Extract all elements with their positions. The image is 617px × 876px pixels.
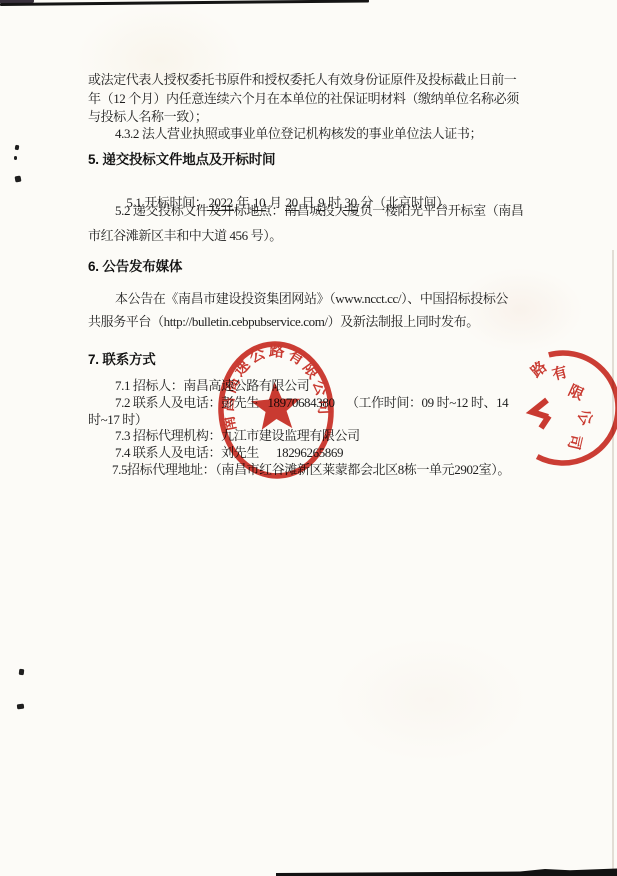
paragraph-line: 或法定代表人授权委托书原件和授权委托人有效身份证原件及投标截止日前一: [88, 72, 516, 87]
paragraph-line: 与投标人名称一致）；: [88, 109, 208, 124]
scanned-page: 或法定代表人授权委托书原件和授权委托人有效身份证原件及投标截止日前一 年（12 …: [0, 0, 617, 876]
svg-text:路: 路: [527, 357, 550, 380]
svg-text:公: 公: [574, 407, 597, 429]
star-icon: [250, 381, 302, 431]
section-5-heading: 5. 递交投标文件地点及开标时间: [88, 152, 275, 167]
svg-text:司: 司: [564, 433, 585, 452]
clause-4-3-2: 4.3.2 法人营业执照或事业单位登记机构核发的事业单位法人证书；: [115, 126, 482, 141]
submit-place-line: 5.2 递交投标文件及开标地点：南昌城投大厦负一楼阳光平台开标室（南昌: [115, 203, 524, 218]
paragraph-line: 年（12 个月）内任意连续六个月在本单位的社保证明材料（缴纳单位名称必须: [88, 91, 519, 106]
submit-place-line-cont: 市红谷滩新区丰和中大道 456 号）。: [88, 228, 282, 243]
svg-text:限: 限: [566, 381, 587, 404]
contact-line-cont: 时~17 时）: [88, 412, 147, 427]
star-fragment-icon: [532, 400, 549, 428]
section-7-heading: 7. 联系方式: [88, 352, 156, 367]
media-line: 本公告在《南昌市建设投资集团网站》（www.ncct.cc/）、中国招标投标公: [115, 291, 508, 306]
section-6-heading: 6. 公告发布媒体: [88, 259, 182, 274]
company-seal: 南昌高速公路有限公司: [201, 326, 351, 496]
svg-text:有: 有: [550, 363, 569, 384]
company-seal-partial: 路 有 限 公 司: [517, 335, 617, 475]
